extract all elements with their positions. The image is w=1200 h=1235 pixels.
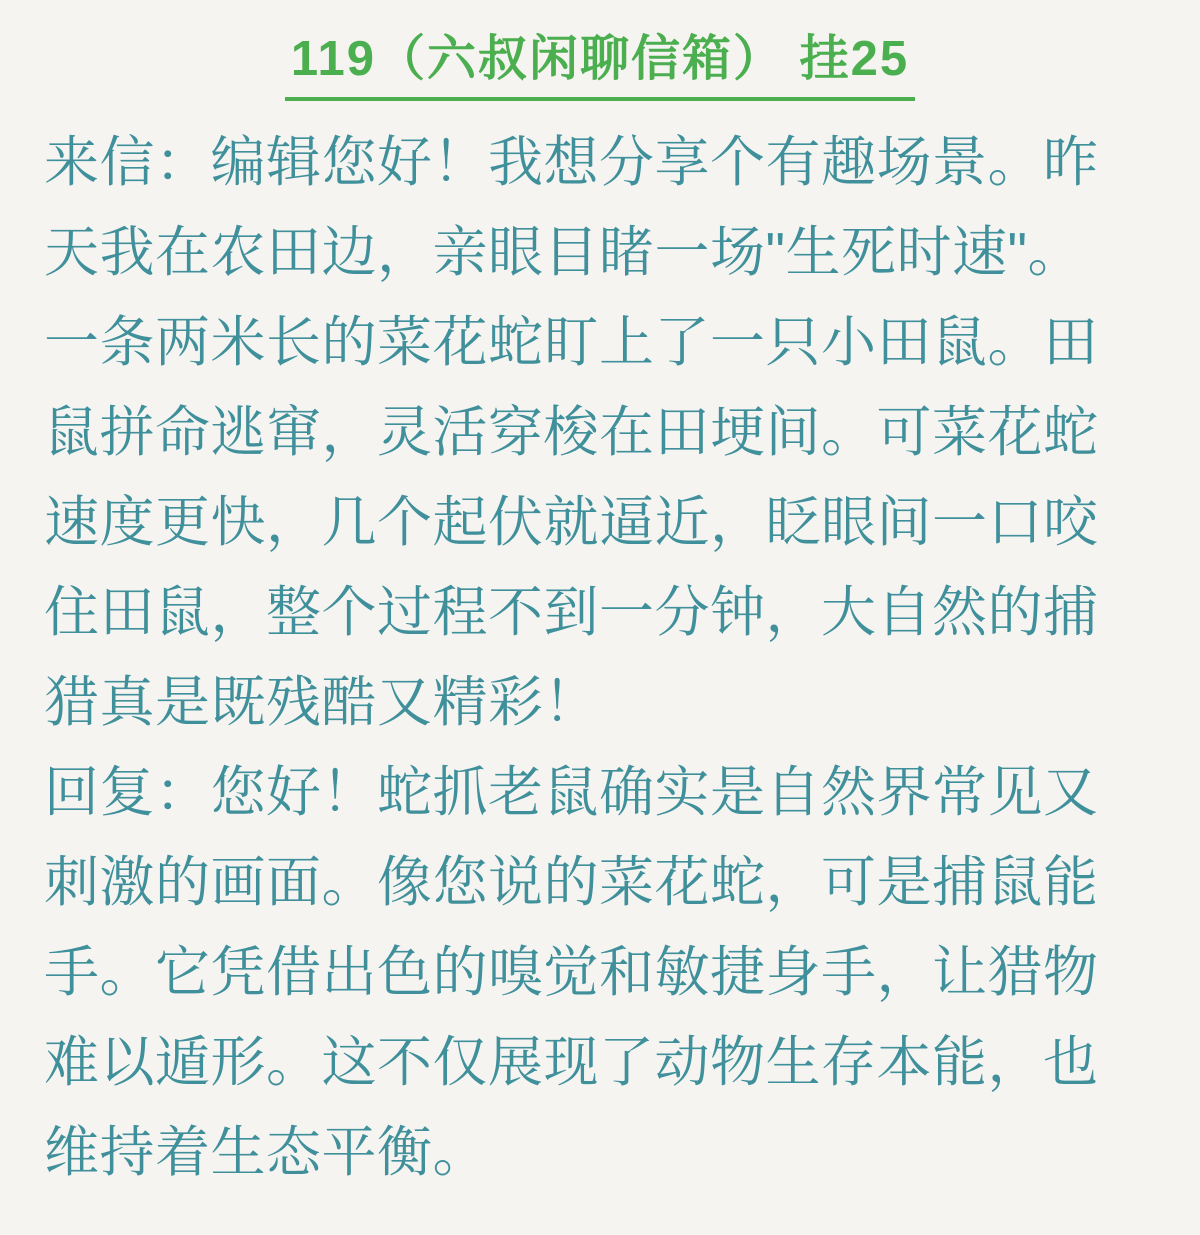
letter-line-11: 难以遁形。这不仅展现了动物生存本能，也 [44, 1017, 1156, 1107]
letter-line-3: 一条两米长的菜花蛇盯上了一只小田鼠。田 [44, 297, 1156, 387]
letter-line-2: 天我在农田边，亲眼目睹一场"生死时速"。 [44, 207, 1156, 297]
letter-line-10: 手。它凭借出色的嗅觉和敏捷身手，让猎物 [44, 927, 1156, 1017]
title-row: 119（六叔闲聊信箱） 挂25 [0, 0, 1200, 101]
letter-line-7: 猎真是既残酷又精彩！ [44, 657, 1156, 747]
letter-line-8: 回复：您好！蛇抓老鼠确实是自然界常见又 [44, 747, 1156, 837]
letter-body: 来信：编辑您好！我想分享个有趣场景。昨 天我在农田边，亲眼目睹一场"生死时速"。… [0, 117, 1200, 1197]
letter-line-4: 鼠拼命逃窜，灵活穿梭在田埂间。可菜花蛇 [44, 387, 1156, 477]
letter-line-6: 住田鼠，整个过程不到一分钟，大自然的捕 [44, 567, 1156, 657]
letter-line-9: 刺激的画面。像您说的菜花蛇，可是捕鼠能 [44, 837, 1156, 927]
letter-line-12: 维持着生态平衡。 [44, 1107, 1156, 1197]
letter-line-5: 速度更快，几个起伏就逼近，眨眼间一口咬 [44, 477, 1156, 567]
page-title: 119（六叔闲聊信箱） 挂25 [285, 20, 915, 101]
page: { "colors": { "page_bg": "#f5f4f1", "tit… [0, 0, 1200, 1235]
letter-line-1: 来信：编辑您好！我想分享个有趣场景。昨 [44, 117, 1156, 207]
